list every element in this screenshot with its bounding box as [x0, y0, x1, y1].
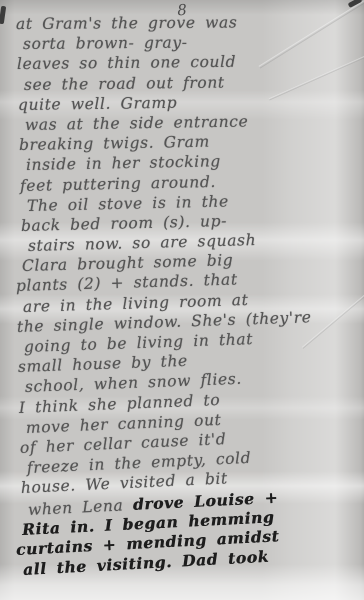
- handwriting-segment: sorta brown- gray-: [23, 34, 188, 53]
- letter-scan: 8 at Gram's the grove wassorta brown- gr…: [0, 0, 364, 600]
- handwriting-segment: see the road out front: [24, 73, 225, 93]
- handwriting-segment: feet puttering around.: [20, 172, 216, 194]
- letter-lines: at Gram's the grove wassorta brown- gray…: [10, 15, 364, 580]
- handwriting-segment: quite well. Gramp: [18, 94, 178, 114]
- handwriting-segment: breaking twigs. Gram: [19, 133, 210, 154]
- handwriting-segment: The oil stove is in the: [27, 192, 229, 215]
- handwriting-segment: leaves so thin one could: [17, 53, 236, 73]
- handwriting-segment: back bed room (s). up-: [21, 212, 227, 235]
- handwriting-segment: was at the side entrance: [25, 112, 249, 134]
- handwriting-segment: inside in her stocking: [26, 153, 221, 175]
- handwriting-segment: at Gram's the grove was: [16, 13, 237, 33]
